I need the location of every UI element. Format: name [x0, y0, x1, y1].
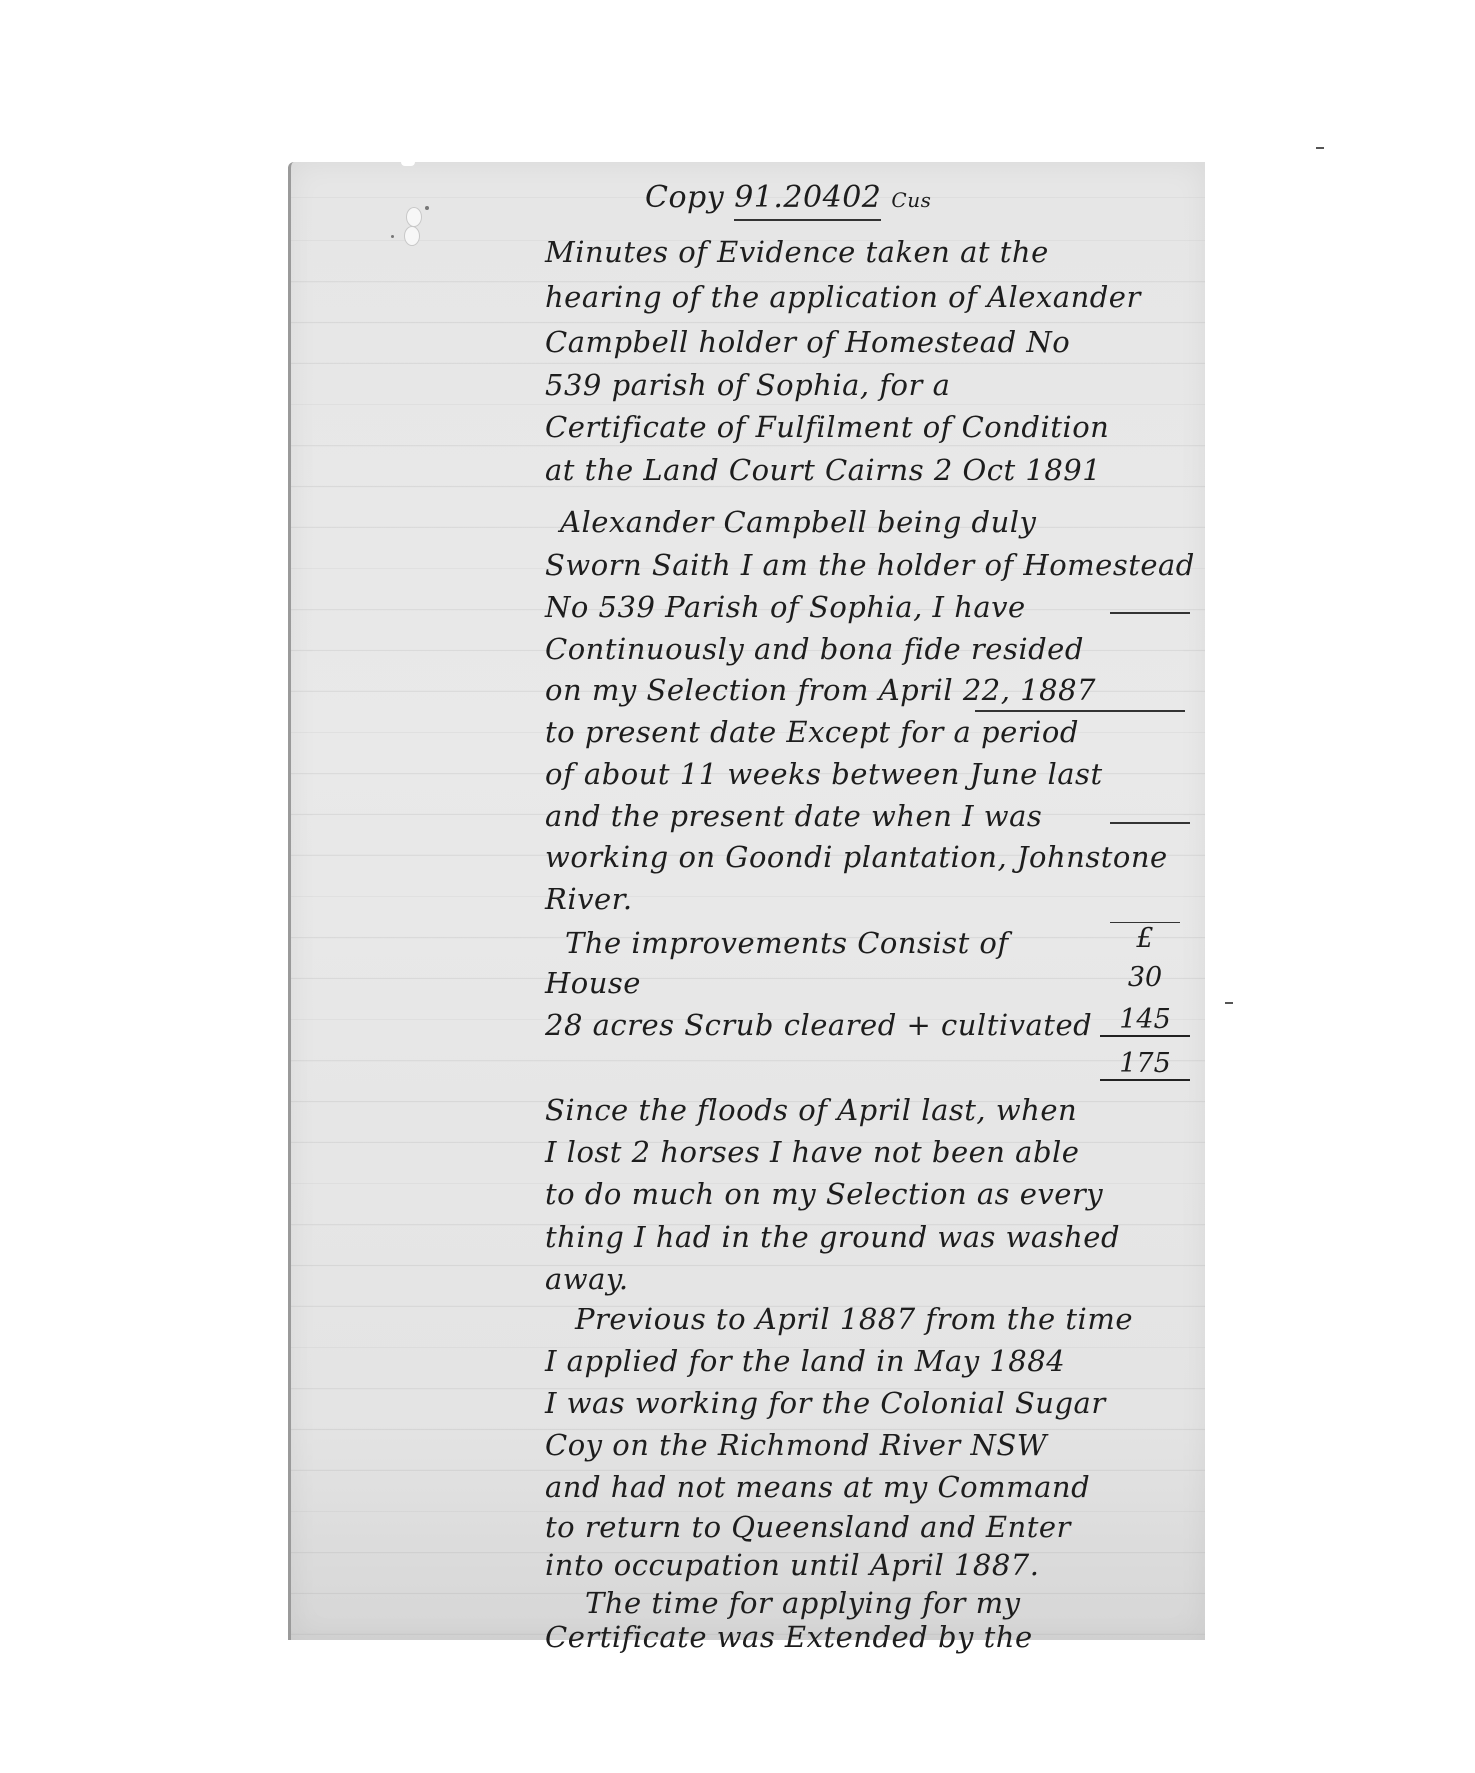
- date-underline: [975, 710, 1185, 712]
- ink-speck: [391, 235, 394, 238]
- continuation-line: thing I had in the ground was washed: [545, 1220, 1120, 1254]
- testimony-line: Sworn Saith I am the holder of Homestead: [545, 548, 1195, 582]
- improvement-item-label: 28 acres Scrub cleared + cultivated: [545, 1008, 1092, 1042]
- testimony-line: No 539 Parish of Sophia, I have: [545, 590, 1026, 624]
- punch-hole-top: [406, 207, 422, 227]
- improvement-item-amount: 30: [1110, 962, 1180, 993]
- scan-mark: [1316, 147, 1324, 149]
- continuation-line: The time for applying for my: [585, 1586, 1020, 1620]
- testimony-line: River.: [545, 882, 633, 916]
- continuation-line: Certificate was Extended by the: [545, 1620, 1033, 1654]
- header-prefix: Copy: [645, 180, 724, 215]
- improvement-item-amount: 145: [1100, 1004, 1190, 1037]
- testimony-line: on my Selection from April 22, 1887: [545, 673, 1096, 707]
- intro-line: Minutes of Evidence taken at the: [545, 235, 1049, 269]
- continuation-line: away.: [545, 1262, 629, 1296]
- continuation-line: to do much on my Selection as every: [545, 1177, 1103, 1211]
- continuation-line: Coy on the Richmond River NSW: [545, 1428, 1047, 1462]
- scan-mark: [1225, 1002, 1233, 1004]
- testimony-line: Alexander Campbell being duly: [560, 505, 1036, 539]
- continuation-line: into occupation until April 1887.: [545, 1548, 1039, 1582]
- ink-speck: [425, 206, 429, 210]
- improvements-total: 175: [1100, 1048, 1190, 1081]
- continuation-line: Since the floods of April last, when: [545, 1093, 1077, 1127]
- improvement-item-label: House: [545, 966, 641, 1000]
- intro-line: 539 parish of Sophia, for a: [545, 368, 950, 402]
- continuation-line: I was working for the Colonial Sugar: [545, 1386, 1106, 1420]
- line-filler-dash: [1110, 612, 1190, 614]
- line-filler-dash: [1110, 822, 1190, 824]
- currency-symbol: £: [1110, 922, 1180, 954]
- continuation-line: Previous to April 1887 from the time: [575, 1302, 1133, 1336]
- testimony-line: of about 11 weeks between June last: [545, 757, 1103, 791]
- testimony-line: Continuously and bona fide resided: [545, 632, 1084, 666]
- testimony-line: to present date Except for a period: [545, 715, 1079, 749]
- continuation-line: to return to Queensland and Enter: [545, 1510, 1071, 1544]
- intro-line: Certificate of Fulfilment of Condition: [545, 410, 1109, 444]
- intro-line: hearing of the application of Alexander: [545, 280, 1141, 314]
- improvements-heading: The improvements Consist of: [565, 926, 1009, 960]
- intro-line: Campbell holder of Homestead No: [545, 325, 1070, 359]
- punch-hole-bottom: [404, 226, 420, 246]
- header-ref-number: 91.20402: [734, 180, 881, 221]
- testimony-line: and the present date when I was: [545, 799, 1042, 833]
- header-suffix: Cus: [891, 188, 931, 212]
- testimony-line: working on Goondi plantation, Johnstone: [545, 840, 1168, 874]
- continuation-line: I lost 2 horses I have not been able: [545, 1135, 1079, 1169]
- document-header: Copy 91.20402 Cus: [645, 180, 931, 215]
- continuation-line: and had not means at my Command: [545, 1470, 1090, 1504]
- continuation-line: I applied for the land in May 1884: [545, 1344, 1065, 1378]
- intro-line: at the Land Court Cairns 2 Oct 1891: [545, 453, 1101, 487]
